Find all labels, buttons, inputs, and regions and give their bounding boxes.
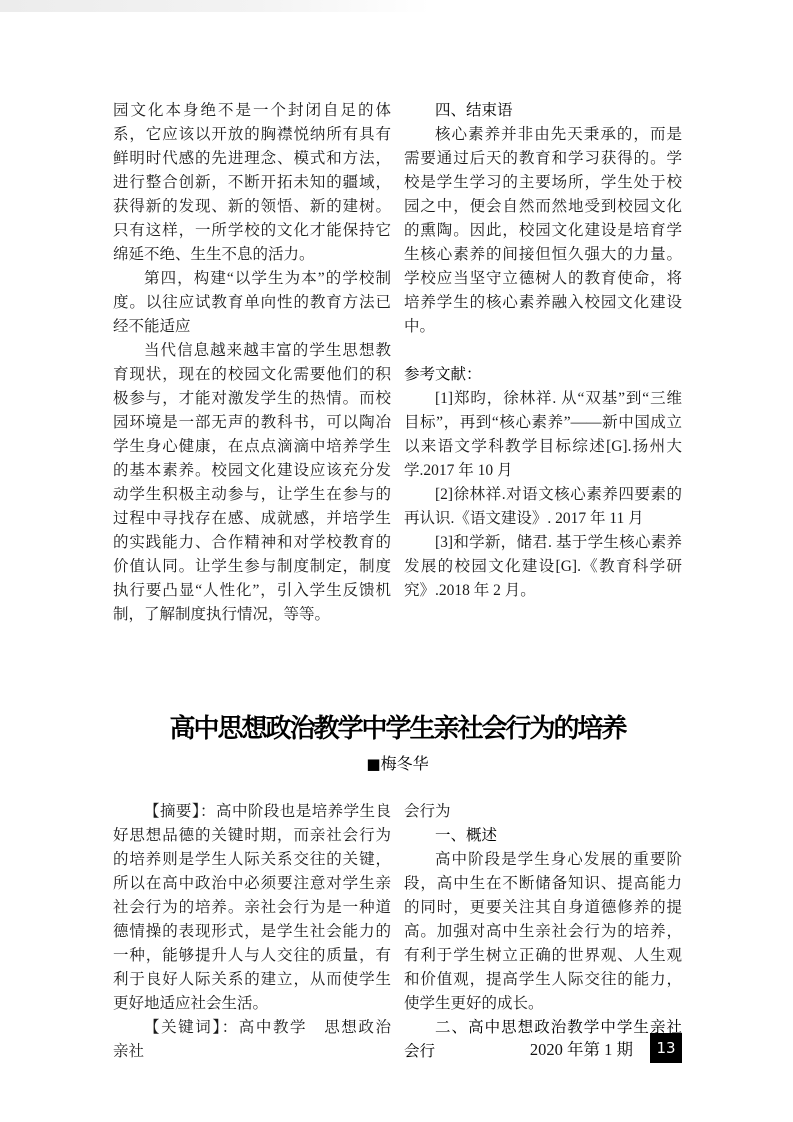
conclusion-heading: 四、结束语 (404, 99, 682, 123)
author-byline: ■梅冬华 (113, 753, 682, 776)
scan-artifact (0, 0, 430, 12)
reference-item: [2]徐林祥.对语文核心素养四要素的再认识.《语文建设》. 2017 年 11 … (404, 483, 682, 531)
overview-paragraph: 高中阶段是学生身心发展的重要阶段，高中生在不断储备知识、提高能力的同时，更要关注… (404, 848, 682, 1016)
body-paragraph: 当代信息越来越丰富的学生思想教育现状，现在的校园文化需要他们的积极参与，才能对激… (113, 339, 391, 627)
page-number-badge: 13 (650, 1033, 682, 1063)
author-marker-icon: ■ (366, 755, 380, 773)
issue-label: 2020 年第 1 期 (530, 1036, 633, 1060)
abstract-paragraph: 【摘要】：高中阶段也是培养学生良好思想品德的关键时期，而亲社会行为的培养则是学生… (113, 800, 391, 1016)
overview-heading: 一、概述 (404, 824, 682, 848)
keywords-continuation: 会行为 (404, 800, 682, 824)
journal-page: 园文化本身绝不是一个封闭自足的体系，它应该以开放的胸襟悦纳所有具有鲜明时代感的先… (0, 0, 793, 1122)
body-paragraph: 第四，构建“以学生为本”的学校制度。以往应试教育单向性的教育方法已经不能适应 (113, 267, 391, 339)
article-title: 高中思想政治教学中学生亲社会行为的培养 (113, 712, 682, 746)
reference-item: [3]和学新，储君. 基于学生核心素养发展的校园文化建设[G].《教育科学研究》… (404, 531, 682, 603)
left-column-bottom: 【摘要】：高中阶段也是培养学生良好思想品德的关键时期，而亲社会行为的培养则是学生… (113, 800, 391, 1064)
left-column-top: 园文化本身绝不是一个封闭自足的体系，它应该以开放的胸襟悦纳所有具有鲜明时代感的先… (113, 99, 391, 627)
new-article-body: 【摘要】：高中阶段也是培养学生良好思想品德的关键时期，而亲社会行为的培养则是学生… (113, 800, 682, 1064)
conclusion-paragraph: 核心素养并非由先天秉承的，而是需要通过后天的教育和学习获得的。学校是学生学习的主… (404, 123, 682, 339)
page-footer: 2020 年第 1 期 13 (113, 1033, 682, 1063)
body-paragraph: 园文化本身绝不是一个封闭自足的体系，它应该以开放的胸襟悦纳所有具有鲜明时代感的先… (113, 99, 391, 267)
previous-article-end: 园文化本身绝不是一个封闭自足的体系，它应该以开放的胸襟悦纳所有具有鲜明时代感的先… (113, 99, 682, 627)
reference-item: [1]郑昀，徐林祥. 从“双基”到“三维目标”，再到“核心素养”——新中国成立以… (404, 387, 682, 483)
right-column-top: 四、结束语 核心素养并非由先天秉承的，而是需要通过后天的教育和学习获得的。学校是… (404, 99, 682, 627)
references-title: 参考文献： (404, 363, 682, 387)
right-column-bottom: 会行为 一、概述 高中阶段是学生身心发展的重要阶段，高中生在不断储备知识、提高能… (404, 800, 682, 1064)
author-name: 梅冬华 (381, 756, 429, 773)
new-article-header: 高中思想政治教学中学生亲社会行为的培养 ■梅冬华 (113, 712, 682, 776)
